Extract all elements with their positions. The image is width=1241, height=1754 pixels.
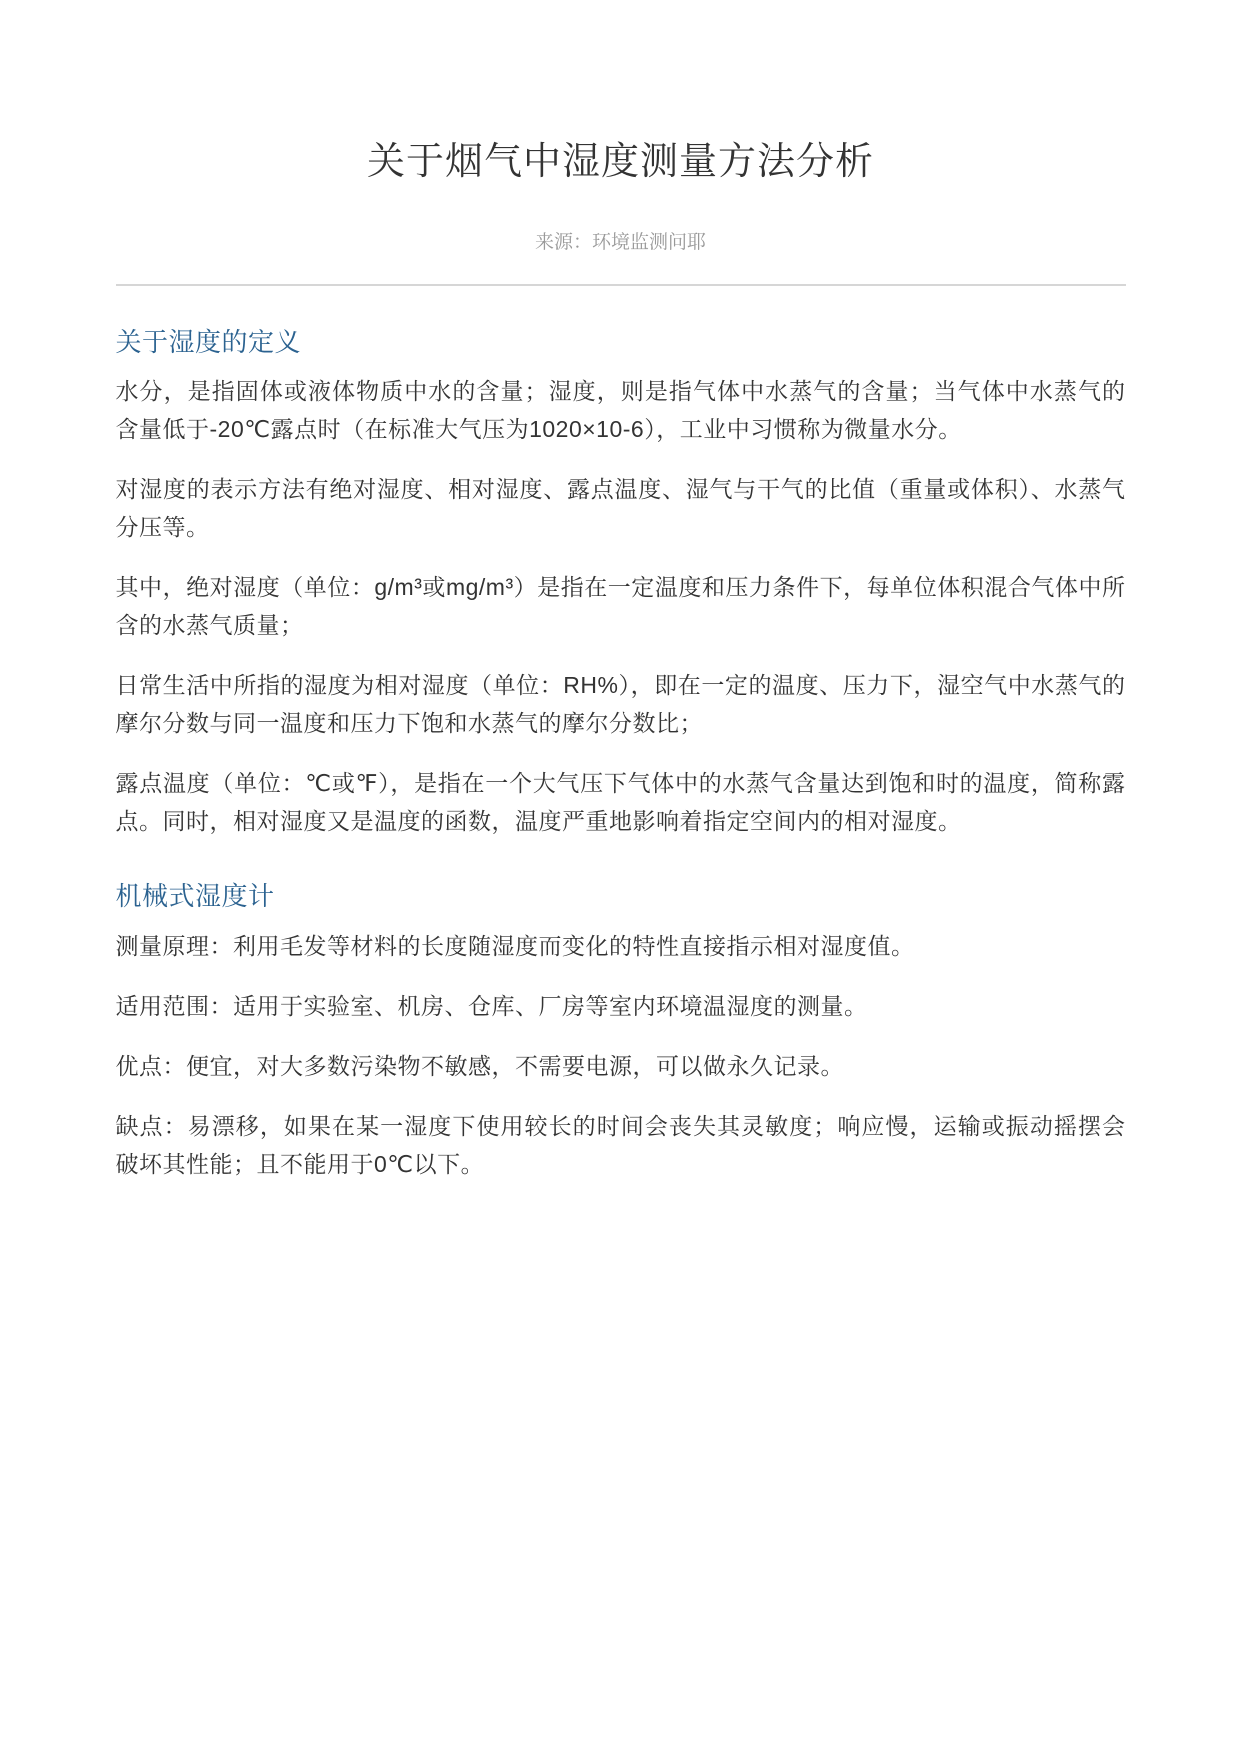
section-heading-mechanical-hygrometer: 机械式湿度计	[116, 878, 1126, 914]
paragraph-advantages: 优点：便宜，对大多数污染物不敏感，不需要电源，可以做永久记录。	[116, 1047, 1126, 1085]
page-title: 关于烟气中湿度测量方法分析	[116, 138, 1126, 187]
paragraph-dew-point: 露点温度（单位：℃或℉），是指在一个大气压下气体中的水蒸气含量达到饱和时的温度，…	[116, 764, 1126, 840]
section-heading-humidity-definition: 关于湿度的定义	[116, 324, 1126, 360]
paragraph-absolute-humidity: 其中，绝对湿度（单位：g/m³或mg/m³）是指在一定温度和压力条件下，每单位体…	[116, 568, 1126, 644]
paragraph-humidity-expressions: 对湿度的表示方法有绝对湿度、相对湿度、露点温度、湿气与干气的比值（重量或体积）、…	[116, 470, 1126, 546]
header-divider	[116, 284, 1126, 286]
paragraph-measurement-principle: 测量原理：利用毛发等材料的长度随湿度而变化的特性直接指示相对湿度值。	[116, 927, 1126, 965]
paragraph-disadvantages: 缺点：易漂移，如果在某一湿度下使用较长的时间会丧失其灵敏度；响应慢，运输或振动摇…	[116, 1107, 1126, 1183]
section-humidity-definition: 关于湿度的定义 水分，是指固体或液体物质中水的含量；湿度，则是指气体中水蒸气的含…	[116, 324, 1126, 840]
article-page: 关于烟气中湿度测量方法分析 来源：环境监测问耶 关于湿度的定义 水分，是指固体或…	[116, 0, 1126, 1183]
paragraph-relative-humidity: 日常生活中所指的湿度为相对湿度（单位：RH%），即在一定的温度、压力下，湿空气中…	[116, 666, 1126, 742]
article-source-line: 来源：环境监测问耶	[116, 229, 1126, 258]
paragraph-moisture-vs-humidity: 水分，是指固体或液体物质中水的含量；湿度，则是指气体中水蒸气的含量；当气体中水蒸…	[116, 372, 1126, 448]
section-mechanical-hygrometer: 机械式湿度计 测量原理：利用毛发等材料的长度随湿度而变化的特性直接指示相对湿度值…	[116, 878, 1126, 1182]
paragraph-applicable-scope: 适用范围：适用于实验室、机房、仓库、厂房等室内环境温湿度的测量。	[116, 987, 1126, 1025]
